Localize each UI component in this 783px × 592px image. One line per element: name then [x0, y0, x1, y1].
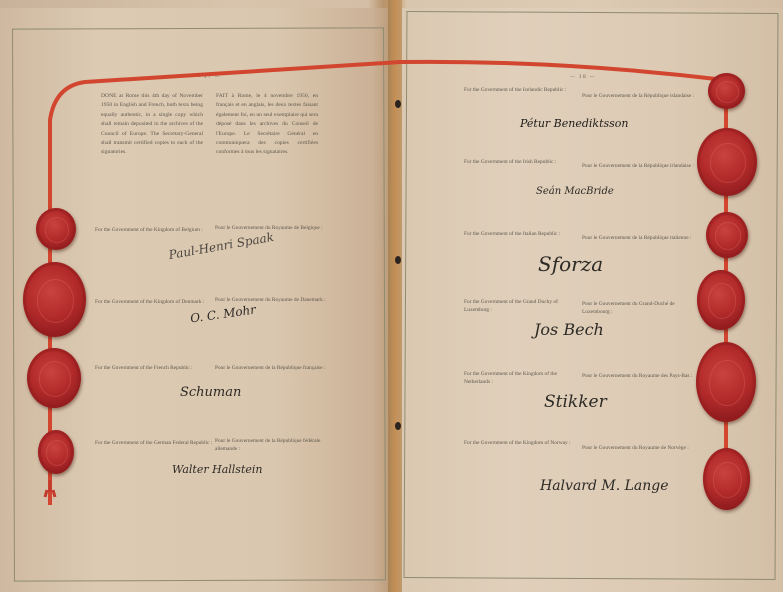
open-treaty-book: — 17 — DONE at Rome this 4th day of Nove… [0, 0, 783, 592]
book-spine-gutter [388, 0, 402, 592]
signatory-label-english: For the Government of the Italian Republ… [464, 230, 582, 238]
wax-seal-netherlands [696, 342, 756, 422]
signature-germany: Walter Hallstein [172, 466, 262, 474]
signatory-label-english: For the Government of the Kingdom of Den… [95, 298, 213, 306]
signature-netherlands: Stikker [544, 398, 607, 406]
signatory-label-french: Pour le Gouvernement de la République ir… [582, 162, 702, 170]
signatory-label-french: Pour le Gouvernement du Grand-Duché de L… [582, 300, 702, 316]
wax-seal-norway [703, 448, 750, 510]
signatory-label-french: Pour le Gouvernement du Royaume des Pays… [582, 372, 702, 380]
signatory-label-english: For the Government of the German Federal… [95, 439, 213, 447]
wax-seal-iceland [708, 73, 745, 109]
wax-seal-italy [706, 212, 748, 258]
signature-iceland: Pétur Benediktsson [520, 120, 629, 128]
signature-ireland: Seán MacBride [536, 188, 614, 196]
signatory-label-french: Pour le Gouvernement de la République fr… [215, 364, 335, 372]
wax-seal-ireland [697, 128, 757, 196]
binding-stitch-hole [395, 100, 401, 108]
signatory-label-english: For the Government of the Irish Republic… [464, 158, 582, 166]
wax-seal-denmark [23, 262, 86, 337]
wax-seal-belgium [36, 208, 76, 250]
signatory-label-english: For the Government of the Icelandic Repu… [464, 86, 582, 94]
right-page-number: — 18 — [570, 74, 596, 80]
wax-seal-luxembourg [697, 270, 745, 330]
signatory-label-french: Pour le Gouvernement de la République fé… [215, 437, 335, 453]
signatory-label-english: For the Government of the French Republi… [95, 364, 213, 372]
closing-clause-english: DONE at Rome this 4th day of November 19… [101, 92, 203, 158]
signatory-label-french: Pour le Gouvernement du Royaume de Belgi… [215, 224, 335, 232]
signatory-label-english: For the Government of the Kingdom of the… [464, 370, 582, 386]
signature-france: Schuman [180, 389, 241, 397]
signatory-label-english: For the Government of the Grand Duchy of… [464, 298, 582, 314]
signatory-label-french: Pour le Gouvernement du Royaume de Norvè… [582, 444, 702, 452]
signatory-label-french: Pour le Gouvernement de la République is… [582, 92, 702, 100]
binding-stitch-hole [395, 256, 401, 264]
signatory-label-french: Pour le Gouvernement du Royaume de Danem… [215, 296, 335, 304]
signatory-label-english: For the Government of the Kingdom of Nor… [464, 439, 582, 447]
signature-norway: Halvard M. Lange [540, 482, 669, 490]
binding-stitch-hole [395, 422, 401, 430]
closing-clause-french: FAIT à Rome, le 4 novembre 1950, en fran… [216, 92, 318, 158]
signatory-label-english: For the Government of the Kingdom of Bel… [95, 226, 213, 234]
signature-italy: Sforza [538, 260, 603, 268]
signatory-label-french: Pour le Gouvernement de la République it… [582, 234, 702, 242]
wax-seal-france [27, 348, 81, 408]
signature-luxembourg: Jos Bech [534, 326, 604, 334]
wax-seal-germany [38, 430, 74, 474]
left-page-number: — 17 — [195, 74, 221, 80]
